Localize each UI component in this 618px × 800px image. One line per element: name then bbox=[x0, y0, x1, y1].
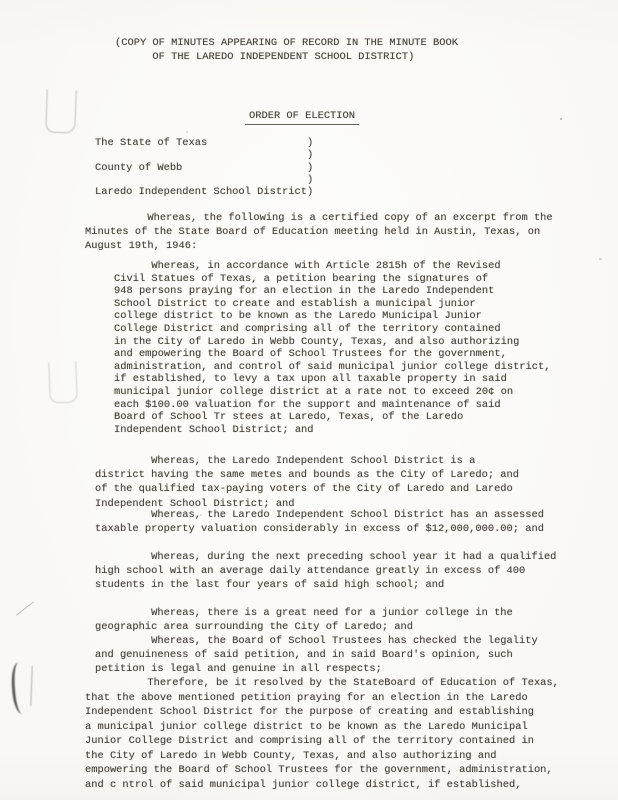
paragraph-whereas-legality: Whereas, the Board of School Trustees ha… bbox=[95, 634, 538, 677]
paper-clip-mark bbox=[48, 362, 77, 404]
parties-caption-block: The State of Texas ) ) County of Webb ) … bbox=[95, 137, 313, 198]
paragraph-whereas-attendance: Whereas, during the next preceding schoo… bbox=[95, 550, 556, 593]
ink-smudge-mark bbox=[10, 661, 33, 714]
page-title: ORDER OF ELECTION bbox=[245, 109, 359, 125]
scratch-mark bbox=[16, 601, 34, 615]
paper-clip-mark bbox=[45, 89, 76, 133]
copy-of-minutes-note: (COPY OF MINUTES APPEARING OF RECORD IN … bbox=[115, 36, 458, 64]
paragraph-whereas-petition: Whereas, in accordance with Article 2815… bbox=[114, 260, 550, 436]
paragraph-whereas-need: Whereas, there is a great need for a jun… bbox=[95, 606, 513, 634]
paragraph-whereas-metes-bounds: Whereas, the Laredo Independent School D… bbox=[95, 454, 519, 511]
paragraph-whereas-valuation: Whereas, the Laredo Independent School D… bbox=[95, 508, 544, 536]
dust-speck bbox=[186, 131, 188, 133]
scanned-document-page: (COPY OF MINUTES APPEARING OF RECORD IN … bbox=[0, 0, 618, 800]
dust-speck bbox=[599, 258, 602, 260]
paragraph-whereas-certified-copy: Whereas, the following is a certified co… bbox=[85, 211, 553, 254]
paragraph-therefore-resolved: Therefore, be it resolved by the StateBo… bbox=[85, 676, 559, 792]
dust-speck bbox=[560, 118, 562, 120]
ink-smudge-mark bbox=[30, 666, 32, 706]
